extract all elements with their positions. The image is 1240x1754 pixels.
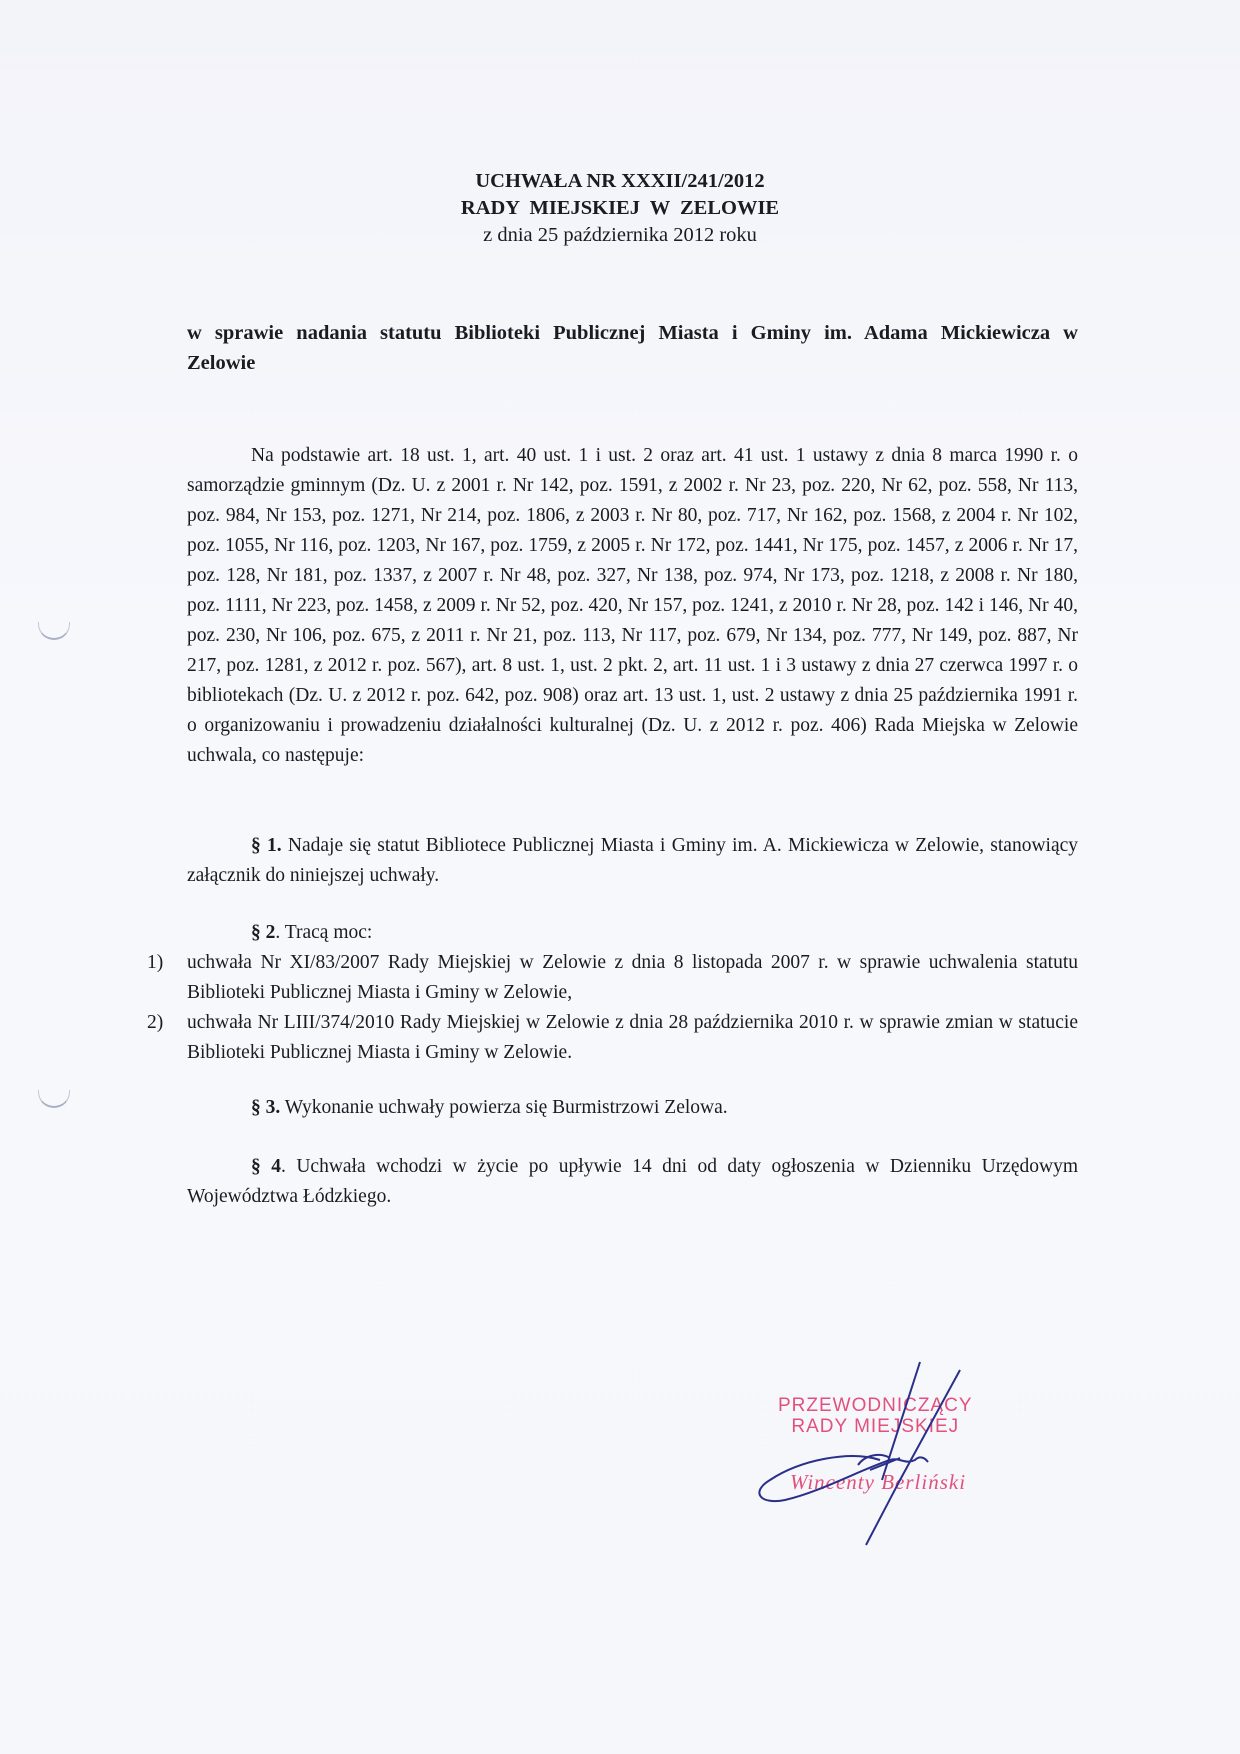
list-item: 1)uchwała Nr XI/83/2007 Rady Miejskiej w…: [187, 948, 1078, 1008]
resolution-date: z dnia 25 października 2012 roku: [0, 222, 1240, 249]
punch-hole-mark: [38, 1090, 70, 1108]
legal-basis: Na podstawie art. 18 ust. 1, art. 40 ust…: [187, 441, 1078, 771]
section-2: § 2. Tracą moc: 1)uchwała Nr XI/83/2007 …: [187, 918, 1078, 1068]
section-mark: § 3.: [251, 1097, 280, 1118]
list-number: 2): [147, 1008, 163, 1038]
section-text: Wykonanie uchwały powierza się Burmistrz…: [280, 1097, 727, 1118]
list-item: 2)uchwała Nr LIII/374/2010 Rady Miejskie…: [187, 1008, 1078, 1068]
resolution-header: UCHWAŁA NR XXXII/241/2012 RADY MIEJSKIEJ…: [0, 168, 1240, 249]
legal-basis-text: Na podstawie art. 18 ust. 1, art. 40 ust…: [187, 441, 1078, 771]
resolution-title: UCHWAŁA NR XXXII/241/2012: [0, 168, 1240, 195]
handwritten-signature-icon: [740, 1320, 1020, 1550]
punch-hole-mark: [38, 622, 70, 640]
resolution-issuer: RADY MIEJSKIEJ W ZELOWIE: [0, 195, 1240, 222]
section-mark: § 2: [251, 922, 275, 943]
section-1: § 1. Nadaje się statut Bibliotece Public…: [187, 831, 1078, 891]
section-text: . Tracą moc:: [275, 922, 372, 943]
list-item-text: uchwała Nr LIII/374/2010 Rady Miejskiej …: [187, 1012, 1078, 1063]
section-text: . Uchwała wchodzi w życie po upływie 14 …: [187, 1156, 1078, 1207]
scanned-page: UCHWAŁA NR XXXII/241/2012 RADY MIEJSKIEJ…: [0, 0, 1240, 1754]
list-item-text: uchwała Nr XI/83/2007 Rady Miejskiej w Z…: [187, 952, 1078, 1003]
repealed-resolutions-list: 1)uchwała Nr XI/83/2007 Rady Miejskiej w…: [187, 948, 1078, 1068]
section-mark: § 1.: [251, 835, 282, 856]
section-4: § 4. Uchwała wchodzi w życie po upływie …: [187, 1152, 1078, 1212]
section-mark: § 4: [251, 1156, 281, 1177]
section-text: Nadaje się statut Bibliotece Publicznej …: [187, 835, 1078, 886]
list-number: 1): [147, 948, 163, 978]
section-3: § 3. Wykonanie uchwały powierza się Burm…: [187, 1093, 1078, 1123]
resolution-subject: w sprawie nadania statutu Biblioteki Pub…: [187, 318, 1078, 378]
